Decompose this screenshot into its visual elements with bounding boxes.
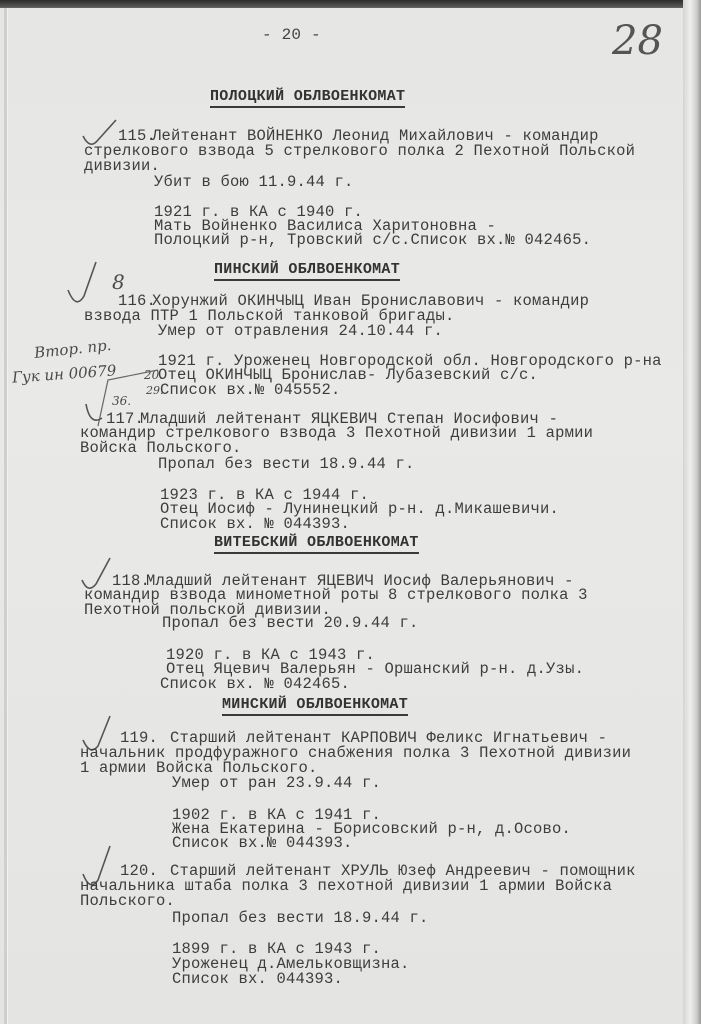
- section-heading-pinsk: ПИНСКИЙ ОБЛВОЕНКОМАТ: [214, 261, 400, 281]
- section-heading-polotsk: ПОЛОЦКИЙ ОБЛВОЕНКОМАТ: [210, 88, 405, 108]
- entry-line: Войска Польского.: [80, 441, 242, 456]
- entry-line: дивизии.: [84, 159, 160, 174]
- checkmark-icon: [64, 260, 104, 310]
- section-heading-vitebsk: ВИТЕБСКИЙ ОБЛВОЕНКОМАТ: [214, 534, 419, 554]
- entry-fate: Убит в бою 11.9.44 г.: [154, 175, 354, 190]
- entry-detail: Список вх. № 044393.: [160, 517, 350, 532]
- margin-note: 36.: [112, 394, 131, 408]
- entry-fate: Умер от ран 23.9.44 г.: [172, 776, 381, 791]
- entry-detail: Список вх.№ 045552.: [160, 383, 341, 398]
- entry-line: стрелкового взвода 5 стрелкового полка 2…: [84, 144, 635, 159]
- document-page: - 20 - 28 ПОЛОЦКИЙ ОБЛВОЕНКОМАТ 115. Лей…: [0, 8, 690, 1024]
- section-heading-minsk: МИНСКИЙ ОБЛВОЕНКОМАТ: [222, 696, 408, 716]
- entry-detail: Список вх.№ 044393.: [172, 836, 353, 851]
- entry-fate: Пропал без вести 18.9.44 г.: [158, 457, 415, 472]
- entry-detail: Список вх. № 042465.: [160, 677, 350, 692]
- scan-right-edge: [683, 0, 701, 1024]
- entry-detail: Полоцкий р-н, Тровский с/с.Список вх.№ 0…: [154, 233, 591, 248]
- entry-line: Польского.: [80, 894, 175, 909]
- entry-fate: Пропал без вести 18.9.44 г.: [172, 911, 429, 926]
- margin-note: 8: [112, 270, 125, 294]
- folio-number-handwritten: 28: [612, 18, 663, 64]
- margin-note: Втор. пр.: [33, 336, 112, 362]
- entry-fate: Пропал без вести 20.9.44 г.: [162, 616, 419, 631]
- entry-fate: Умер от отравления 24.10.44 г.: [158, 324, 443, 339]
- entry-detail: Список вх. 044393.: [172, 972, 343, 987]
- page-number: - 20 -: [262, 28, 321, 43]
